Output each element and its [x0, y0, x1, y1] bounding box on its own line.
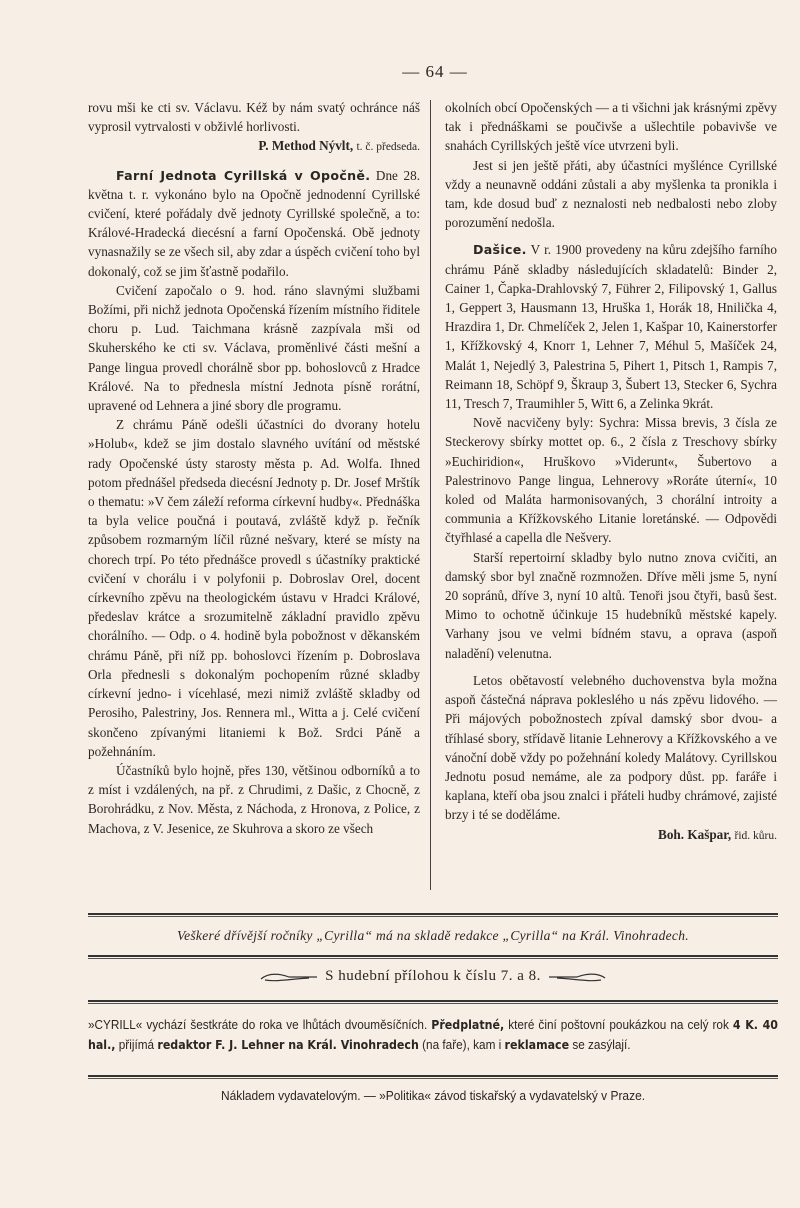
signature-name: Boh. Kašpar,: [658, 827, 731, 842]
signature-role: t. č. předseda.: [356, 141, 420, 153]
paragraph: rovu mši ke cti sv. Václavu. Kéž by nám …: [88, 98, 420, 136]
paragraph: Dašice. V r. 1900 provedeny na kůru zdej…: [445, 240, 777, 413]
paragraph: Účastníků bylo hojně, přes 130, většinou…: [88, 761, 420, 838]
horizontal-rule: [88, 1075, 778, 1079]
paragraph: Starší repertoirní skladby bylo nutno zn…: [445, 548, 777, 663]
section-heading: Dašice.: [473, 242, 527, 257]
music-supplement-line: S hudební přílohou k číslu 7. a 8.: [88, 968, 778, 985]
right-column: okolních obcí Opočenských — a ti všichni…: [431, 98, 777, 890]
signature: Boh. Kašpar, řid. kůru.: [445, 825, 777, 846]
paragraph: okolních obcí Opočenských — a ti všichni…: [445, 98, 777, 156]
back-issues-notice: Veškeré dřívější ročníky „Cyrilla“ má na…: [88, 928, 778, 944]
imprint: Nákladem vydavatelovým. — »Politika« záv…: [116, 1088, 751, 1103]
signature-name: P. Method Nývlt,: [258, 138, 353, 153]
paragraph: Farní Jednota Cyrillská v Opočně. Dne 28…: [88, 166, 420, 281]
subscription-info: »CYRILL« vychází šestkráte do roka ve lh…: [88, 1015, 778, 1055]
horizontal-rule: [88, 1000, 778, 1004]
left-column: rovu mši ke cti sv. Václavu. Kéž by nám …: [88, 98, 430, 890]
paragraph: Letos obětavostí velebného duchovenstva …: [445, 671, 777, 825]
left-flourish-icon: [259, 970, 321, 984]
article-columns: rovu mši ke cti sv. Václavu. Kéž by nám …: [88, 98, 778, 890]
section-heading: Farní Jednota Cyrillská v Opočně.: [116, 168, 370, 183]
paragraph: Jest si jen ještě přáti, aby účastníci m…: [445, 156, 777, 233]
signature: P. Method Nývlt, t. č. předseda.: [88, 136, 420, 157]
subscription-label: Předplatné,: [431, 1018, 504, 1032]
paragraph: Z chrámu Páně odešli účastníci do dvoran…: [88, 415, 420, 761]
signature-role: řid. kůru.: [735, 830, 777, 842]
page-number: — 64 —: [0, 62, 800, 82]
right-flourish-icon: [545, 970, 607, 984]
paragraph: Cvičení započalo o 9. hod. ráno slavnými…: [88, 281, 420, 415]
complaints: reklamace: [505, 1038, 570, 1052]
editor: redaktor F. J. Lehner na Král. Vinohrade…: [157, 1038, 418, 1052]
horizontal-rule: [88, 955, 778, 959]
paragraph: Nově nacvičeny byly: Sychra: Missa brevi…: [445, 413, 777, 547]
horizontal-rule: [88, 913, 778, 917]
